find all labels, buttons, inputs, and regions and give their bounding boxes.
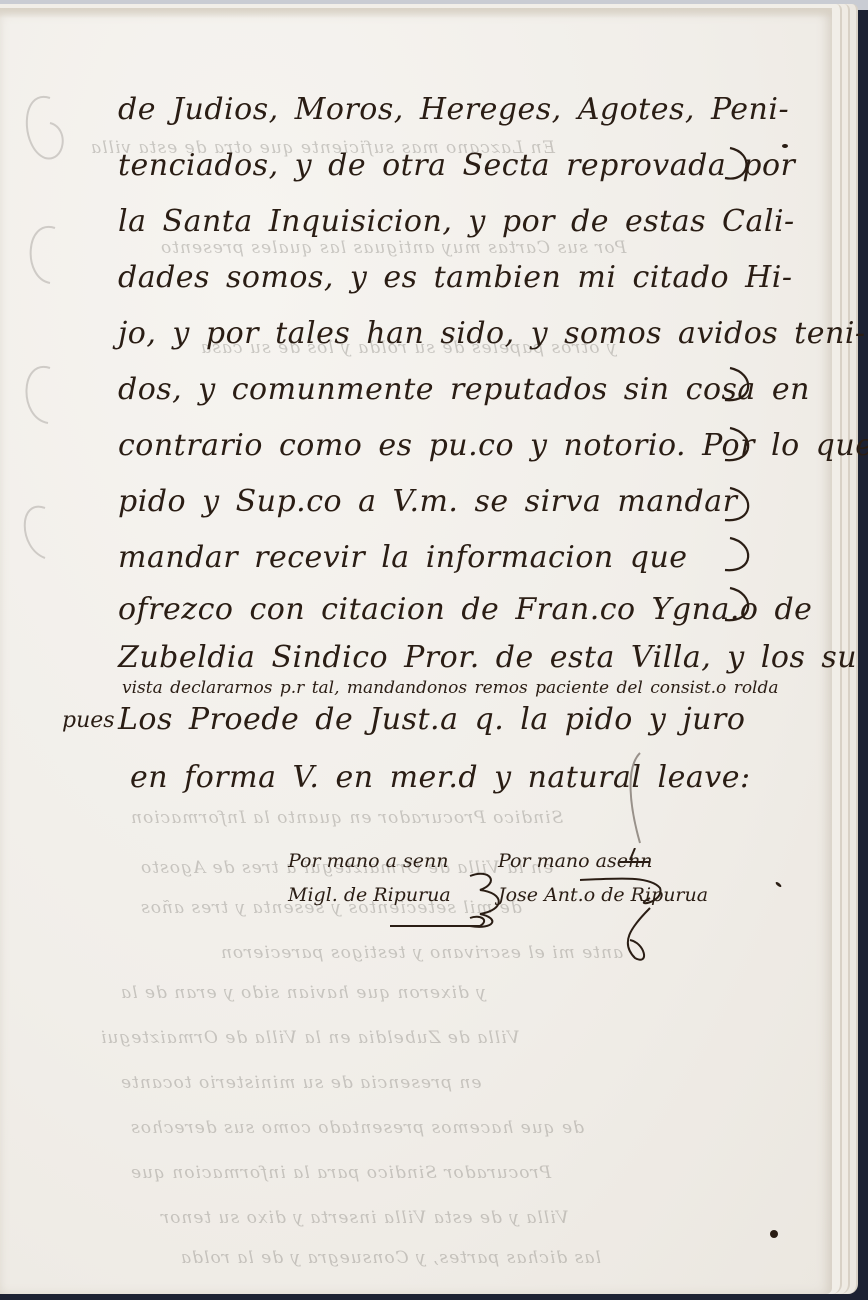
manuscript-line-13: en forma V. en mer.d y natural leave:	[130, 760, 751, 795]
manuscript-line-12: Los Proede de Just.a q. la pido y juro	[118, 702, 745, 737]
manuscript-line-11: Zubeldia Sindico Pror. de esta Villa, y …	[118, 640, 857, 675]
ink-blot	[782, 144, 788, 148]
bleed-through-line: Por sus Cartas muy antiguas las quales p…	[160, 238, 626, 258]
manuscript-line-5: jo, y por tales han sido, y somos avidos…	[118, 316, 866, 351]
bleed-through-line: de que hacemos presentado como sus derec…	[130, 1118, 584, 1138]
manuscript-line-4: dades somos, y es tambien mi citado Hi-	[118, 260, 793, 295]
bleed-through-line: Villa de Zubeldia en la Villa de Ormaizt…	[100, 1028, 520, 1048]
signature-attestation-2: Por mano asenn	[498, 850, 652, 872]
bleed-through-line: en presencia de su ministerio tocante	[120, 1073, 481, 1093]
interlinear-note: vista declararnos p.r tal, mandandonos r…	[122, 678, 779, 698]
bleed-through-line: ante mi el escrivano y testigos parecier…	[220, 943, 623, 963]
page-top-edge	[0, 8, 832, 18]
bleed-through-line: las dichas partes, y Consuegra y de la r…	[180, 1248, 601, 1268]
signature-name-2: Jose Ant.o de Ripurua	[498, 884, 708, 906]
signature-attestation-1: Por mano a senn	[288, 850, 448, 872]
manuscript-line-10: ofrezco con citacion de Fran.co Ygna.o d…	[118, 592, 812, 627]
bleed-through-line: Sindico Procurador en quanto la Informac…	[130, 808, 563, 828]
manuscript-line-9: mandar recevir la informacion que	[118, 540, 688, 575]
bleed-through-line: Villa y de esta Villa inserta y dixo su …	[160, 1208, 569, 1228]
manuscript-line-8: pido y Sup.co a V.m. se sirva mandar	[118, 484, 737, 519]
ink-blot	[775, 881, 782, 888]
manuscript-line-1: de Judios, Moros, Hereges, Agotes, Peni-	[118, 92, 789, 127]
signature-name-1: Migl. de Ripurua	[288, 884, 451, 906]
manuscript-line-2: tenciados, y de otra Secta reprovada por	[118, 148, 795, 183]
manuscript-line-7: contrario como es pu.co y notorio. Por l…	[118, 428, 868, 463]
bleed-through-line: Procurador Sindico para la informacion q…	[130, 1163, 551, 1183]
manuscript-line-3: la Santa Inquisicion, y por de estas Cal…	[118, 204, 795, 239]
manuscript-page: En Lazcano mas suficiente que otra de es…	[0, 8, 832, 1294]
bleed-through-flourish-icon	[10, 68, 80, 628]
bleed-through-line: y dixeron que havian sido y eran de la	[120, 983, 486, 1003]
ink-blot	[770, 1230, 778, 1238]
manuscript-line-6: dos, y comunmente reputados sin cosa en	[118, 372, 810, 407]
margin-note: pues	[62, 708, 115, 733]
